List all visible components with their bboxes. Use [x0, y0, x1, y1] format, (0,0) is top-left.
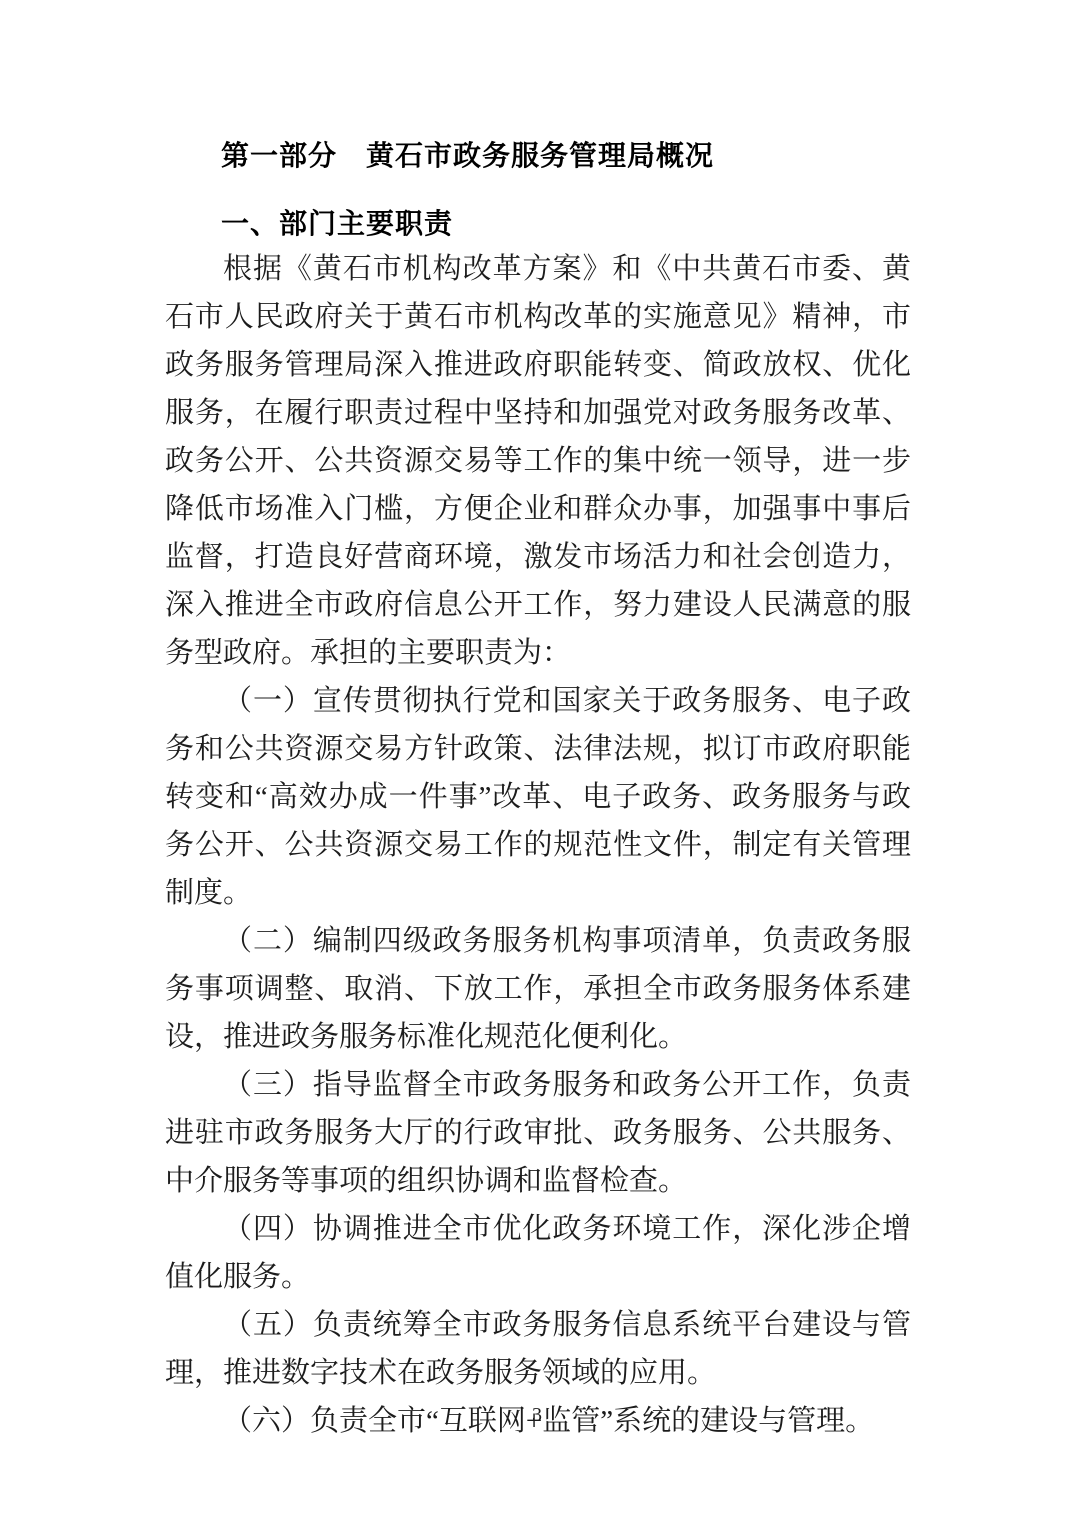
paragraph-duty-4: （四）协调推进全市优化政务环境工作，深化涉企增值化服务。 — [165, 1205, 911, 1301]
page-footer: 3 — [0, 1404, 1074, 1427]
section-heading: 一、部门主要职责 — [165, 206, 911, 242]
document-content: 第一部分 黄石市政务服务管理局概况 一、部门主要职责 根据《黄石市机构改革方案》… — [165, 138, 911, 1445]
paragraph-duty-5: （五）负责统筹全市政务服务信息系统平台建设与管理，推进数字技术在政务服务领域的应… — [165, 1301, 911, 1397]
paragraph-duty-3: （三）指导监督全市政务服务和政务公开工作，负责进驻市政务服务大厅的行政审批、政务… — [165, 1061, 911, 1205]
page-number: 3 — [532, 1404, 542, 1426]
paragraph-intro: 根据《黄石市机构改革方案》和《中共黄石市委、黄石市人民政府关于黄石市机构改革的实… — [165, 245, 911, 677]
document-page: 第一部分 黄石市政务服务管理局概况 一、部门主要职责 根据《黄石市机构改革方案》… — [0, 0, 1074, 1520]
paragraph-duty-2: （二）编制四级政务服务机构事项清单，负责政务服务事项调整、取消、下放工作，承担全… — [165, 917, 911, 1061]
body-text: 根据《黄石市机构改革方案》和《中共黄石市委、黄石市人民政府关于黄石市机构改革的实… — [165, 245, 911, 1445]
paragraph-duty-1: （一）宣传贯彻执行党和国家关于政务服务、电子政务和公共资源交易方针政策、法律法规… — [165, 677, 911, 917]
part-title: 第一部分 黄石市政务服务管理局概况 — [165, 138, 911, 174]
